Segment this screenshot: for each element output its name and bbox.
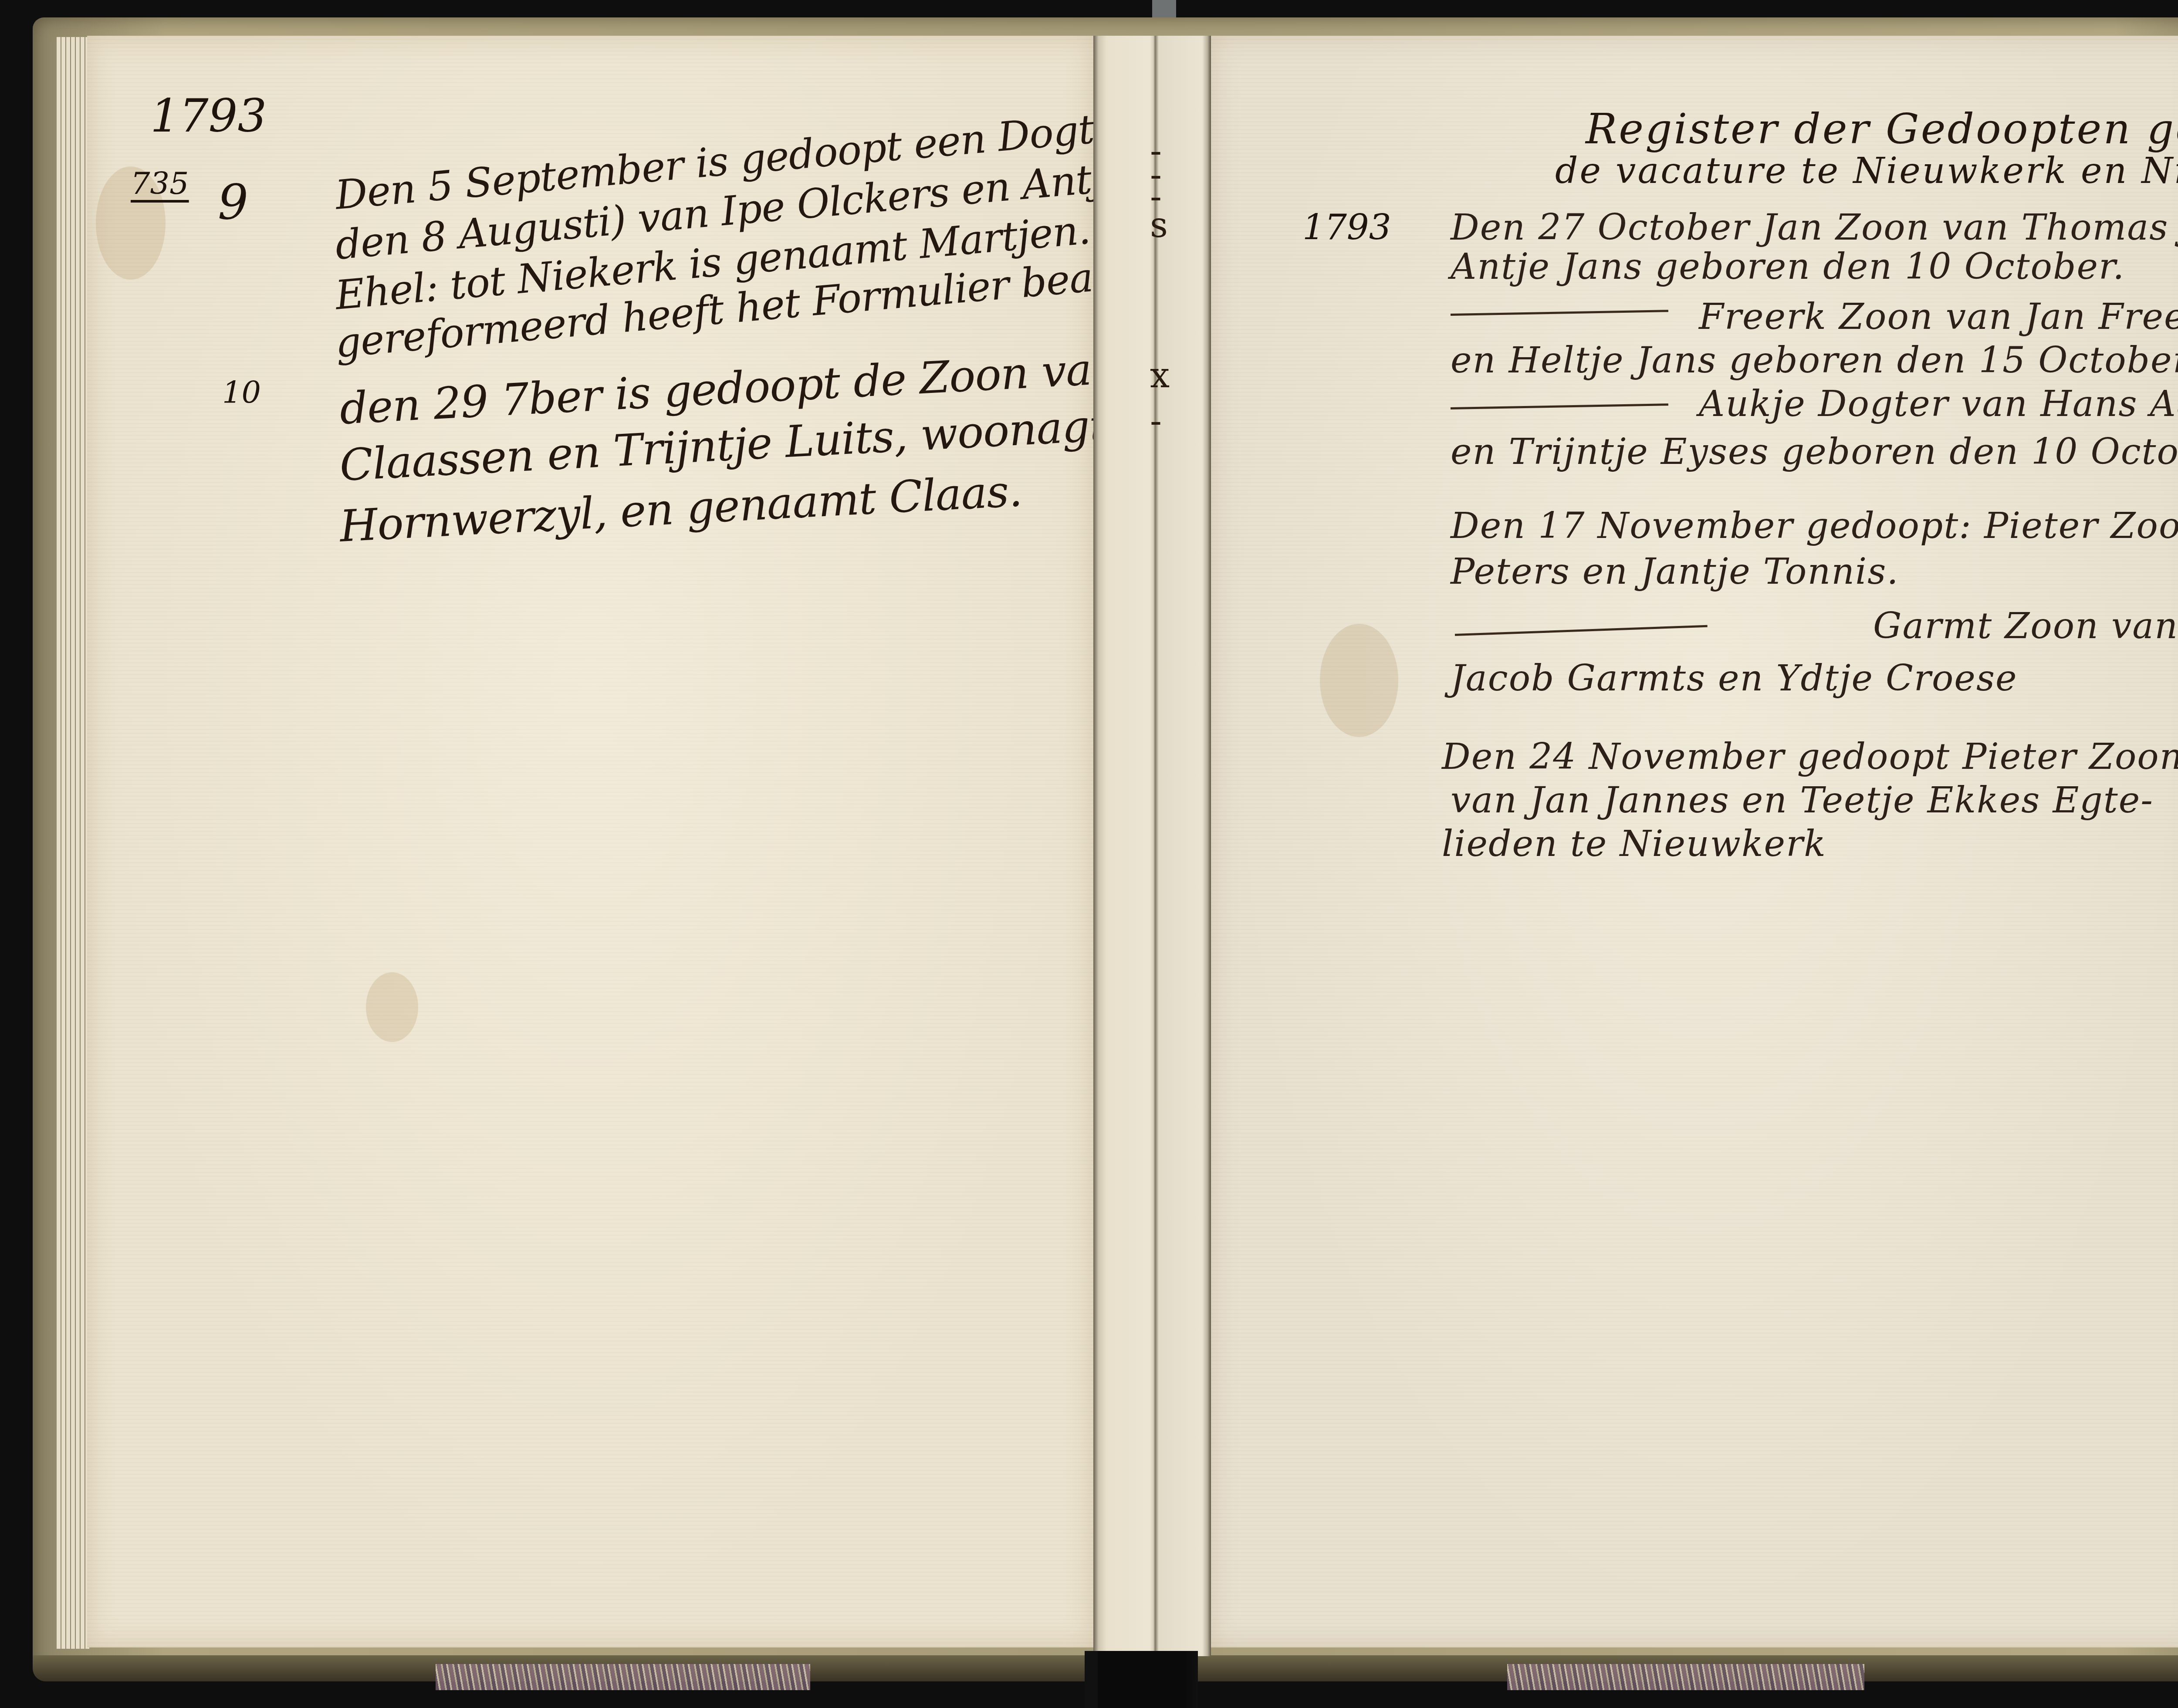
marbled-endpaper-right — [1507, 1664, 1864, 1690]
book-gutter — [1093, 36, 1211, 1656]
entry-line: Freerk Zoon van Jan Freerks — [1699, 296, 2178, 338]
margin-day-number: 10 — [222, 375, 261, 410]
margin-reference-number: 735 — [131, 166, 189, 201]
gutter-mark: x — [1150, 355, 1170, 396]
entry-line: Peters en Jantje Tonnis. — [1451, 551, 1899, 592]
entry-line: Den 27 October Jan Zoon van Thomas Jans … — [1451, 207, 2178, 248]
left-page-year: 1793 — [150, 89, 267, 142]
foxing-stain — [1320, 624, 1398, 737]
marbled-endpaper-left — [436, 1664, 810, 1690]
margin-day-number: 9 — [218, 174, 248, 230]
register-heading-line-2: de vacature te Nieuwkerk en Niedorp — [1555, 150, 2178, 192]
gutter-mark: s — [1150, 205, 1168, 245]
binding-spine-top — [1152, 0, 1176, 17]
entry-line: Garmt Zoon van — [1873, 605, 2178, 647]
entry-line: en Heltje Jans geboren den 15 October. — [1451, 340, 2178, 381]
entry-line: Aukje Dogter van Hans Aalgers — [1699, 383, 2178, 425]
entry-line: Den 24 November gedoopt Pieter Zoon — [1442, 736, 2178, 778]
entry-line: en Trijntje Eyses geboren den 10 October… — [1451, 431, 2178, 473]
entry-line: Jacob Garmts en Ydtje Croese — [1451, 658, 2018, 699]
foxing-stain — [366, 972, 418, 1042]
gutter-mark: - — [1150, 401, 1162, 441]
entry-line: Den 17 November gedoopt: Pieter Zoon van… — [1451, 505, 2178, 547]
entry-line: Antje Jans geboren den 10 October. — [1451, 246, 2125, 287]
register-heading-line-1: Register der Gedoopten gedurende — [1586, 105, 2178, 153]
entry-line: van Jan Jannes en Teetje Ekkes Egte- — [1451, 780, 2154, 821]
binding-spine-bottom — [1085, 1651, 1198, 1708]
page-stack-edges-left — [57, 37, 89, 1649]
entry-line: lieden te Nieuwkerk — [1442, 823, 1826, 865]
right-page-year: 1793 — [1302, 207, 1391, 247]
